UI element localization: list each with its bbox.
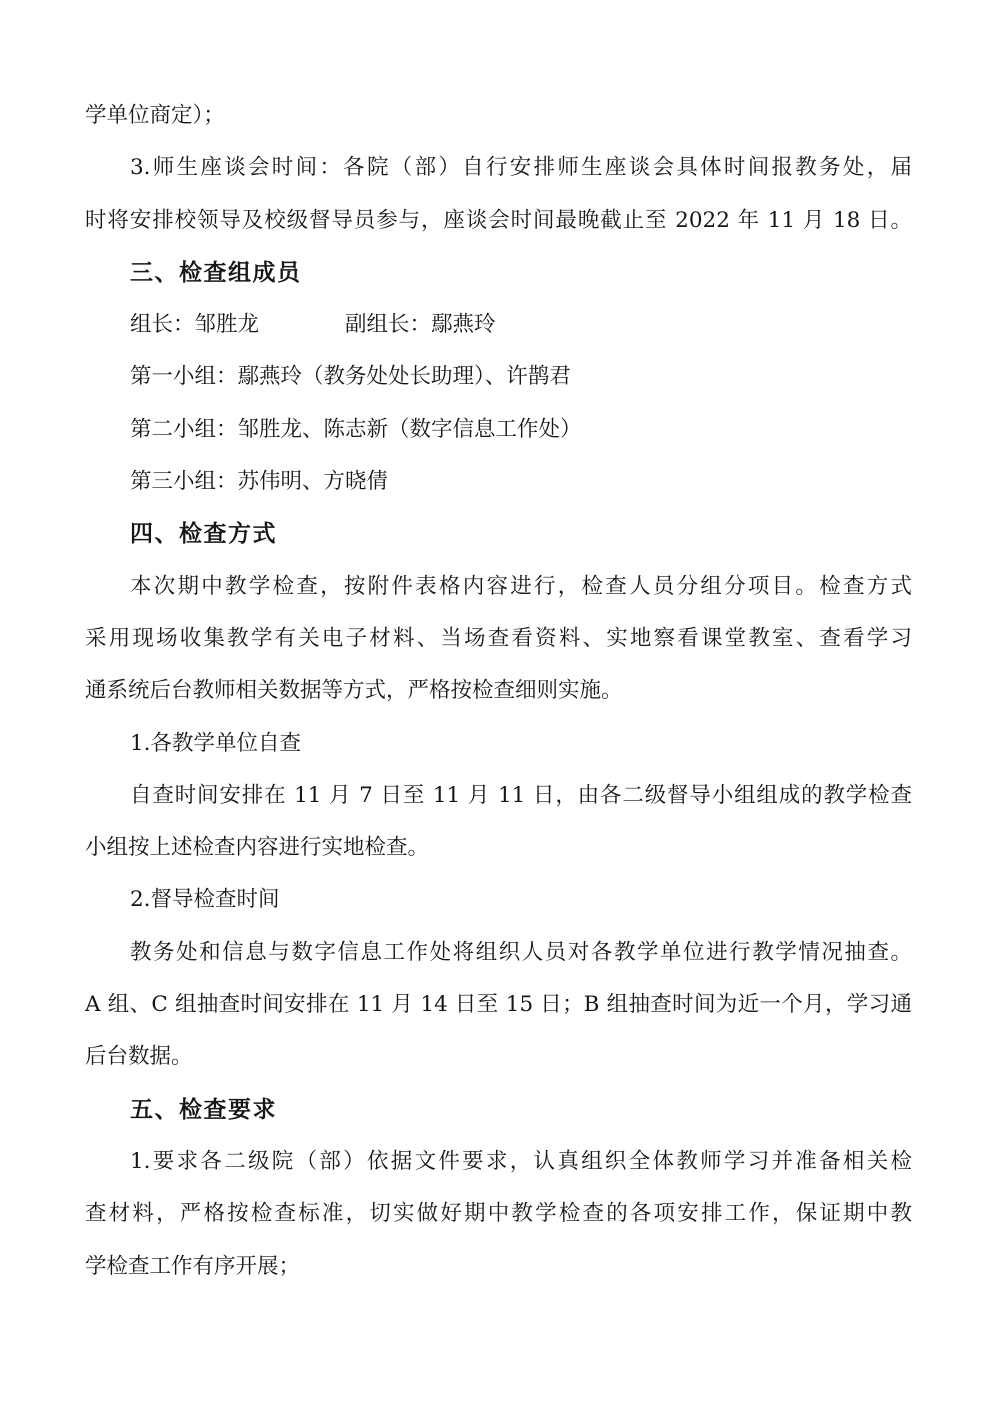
text-line: 查材料，严格按检查标准，切实做好期中教学检查的各项安排工作，保证期中教 — [85, 1188, 912, 1240]
text-line: 学检查工作有序开展； — [85, 1241, 912, 1293]
text-line: 第三小组：苏伟明、方晓倩 — [85, 456, 912, 508]
text-line: 通系统后台教师相关数据等方式，严格按检查细则实施。 — [85, 665, 912, 717]
text-line: 1.要求各二级院（部）依据文件要求，认真组织全体教师学习并准备相关检 — [85, 1136, 912, 1188]
document-page: 学单位商定）；3.师生座谈会时间：各院（部）自行安排师生座谈会具体时间报教务处，… — [0, 0, 992, 1403]
text-line: 教务处和信息与数字信息工作处将组织人员对各教学单位进行教学情况抽查。 — [85, 927, 912, 979]
text-line: 1.各教学单位自查 — [85, 718, 912, 770]
text-line: 第二小组：邹胜龙、陈志新（数字信息工作处） — [85, 404, 912, 456]
text-line: A 组、C 组抽查时间安排在 11 月 14 日至 15 日；B 组抽查时间为近… — [85, 979, 912, 1031]
text-line: 小组按上述检查内容进行实地检查。 — [85, 822, 912, 874]
text-line: 采用现场收集教学有关电子材料、当场查看资料、实地察看课堂教室、查看学习 — [85, 613, 912, 665]
section-heading: 五、检查要求 — [85, 1084, 912, 1136]
text-line: 组长：邹胜龙 副组长：鄢燕玲 — [85, 299, 912, 351]
text-line: 学单位商定）； — [85, 90, 912, 142]
text-line: 后台数据。 — [85, 1031, 912, 1083]
text-line: 自查时间安排在 11 月 7 日至 11 月 11 日，由各二级督导小组组成的教… — [85, 770, 912, 822]
text-line: 2.督导检查时间 — [85, 874, 912, 926]
document-content: 学单位商定）；3.师生座谈会时间：各院（部）自行安排师生座谈会具体时间报教务处，… — [85, 90, 912, 1293]
text-line: 第一小组：鄢燕玲（教务处处长助理）、许鹊君 — [85, 351, 912, 403]
text-line: 3.师生座谈会时间：各院（部）自行安排师生座谈会具体时间报教务处，届 — [85, 142, 912, 194]
section-heading: 四、检查方式 — [85, 508, 912, 560]
text-line: 本次期中教学检查，按附件表格内容进行，检查人员分组分项目。检查方式 — [85, 561, 912, 613]
text-line: 时将安排校领导及校级督导员参与，座谈会时间最晚截止至 2022 年 11 月 1… — [85, 195, 912, 247]
section-heading: 三、检查组成员 — [85, 247, 912, 299]
